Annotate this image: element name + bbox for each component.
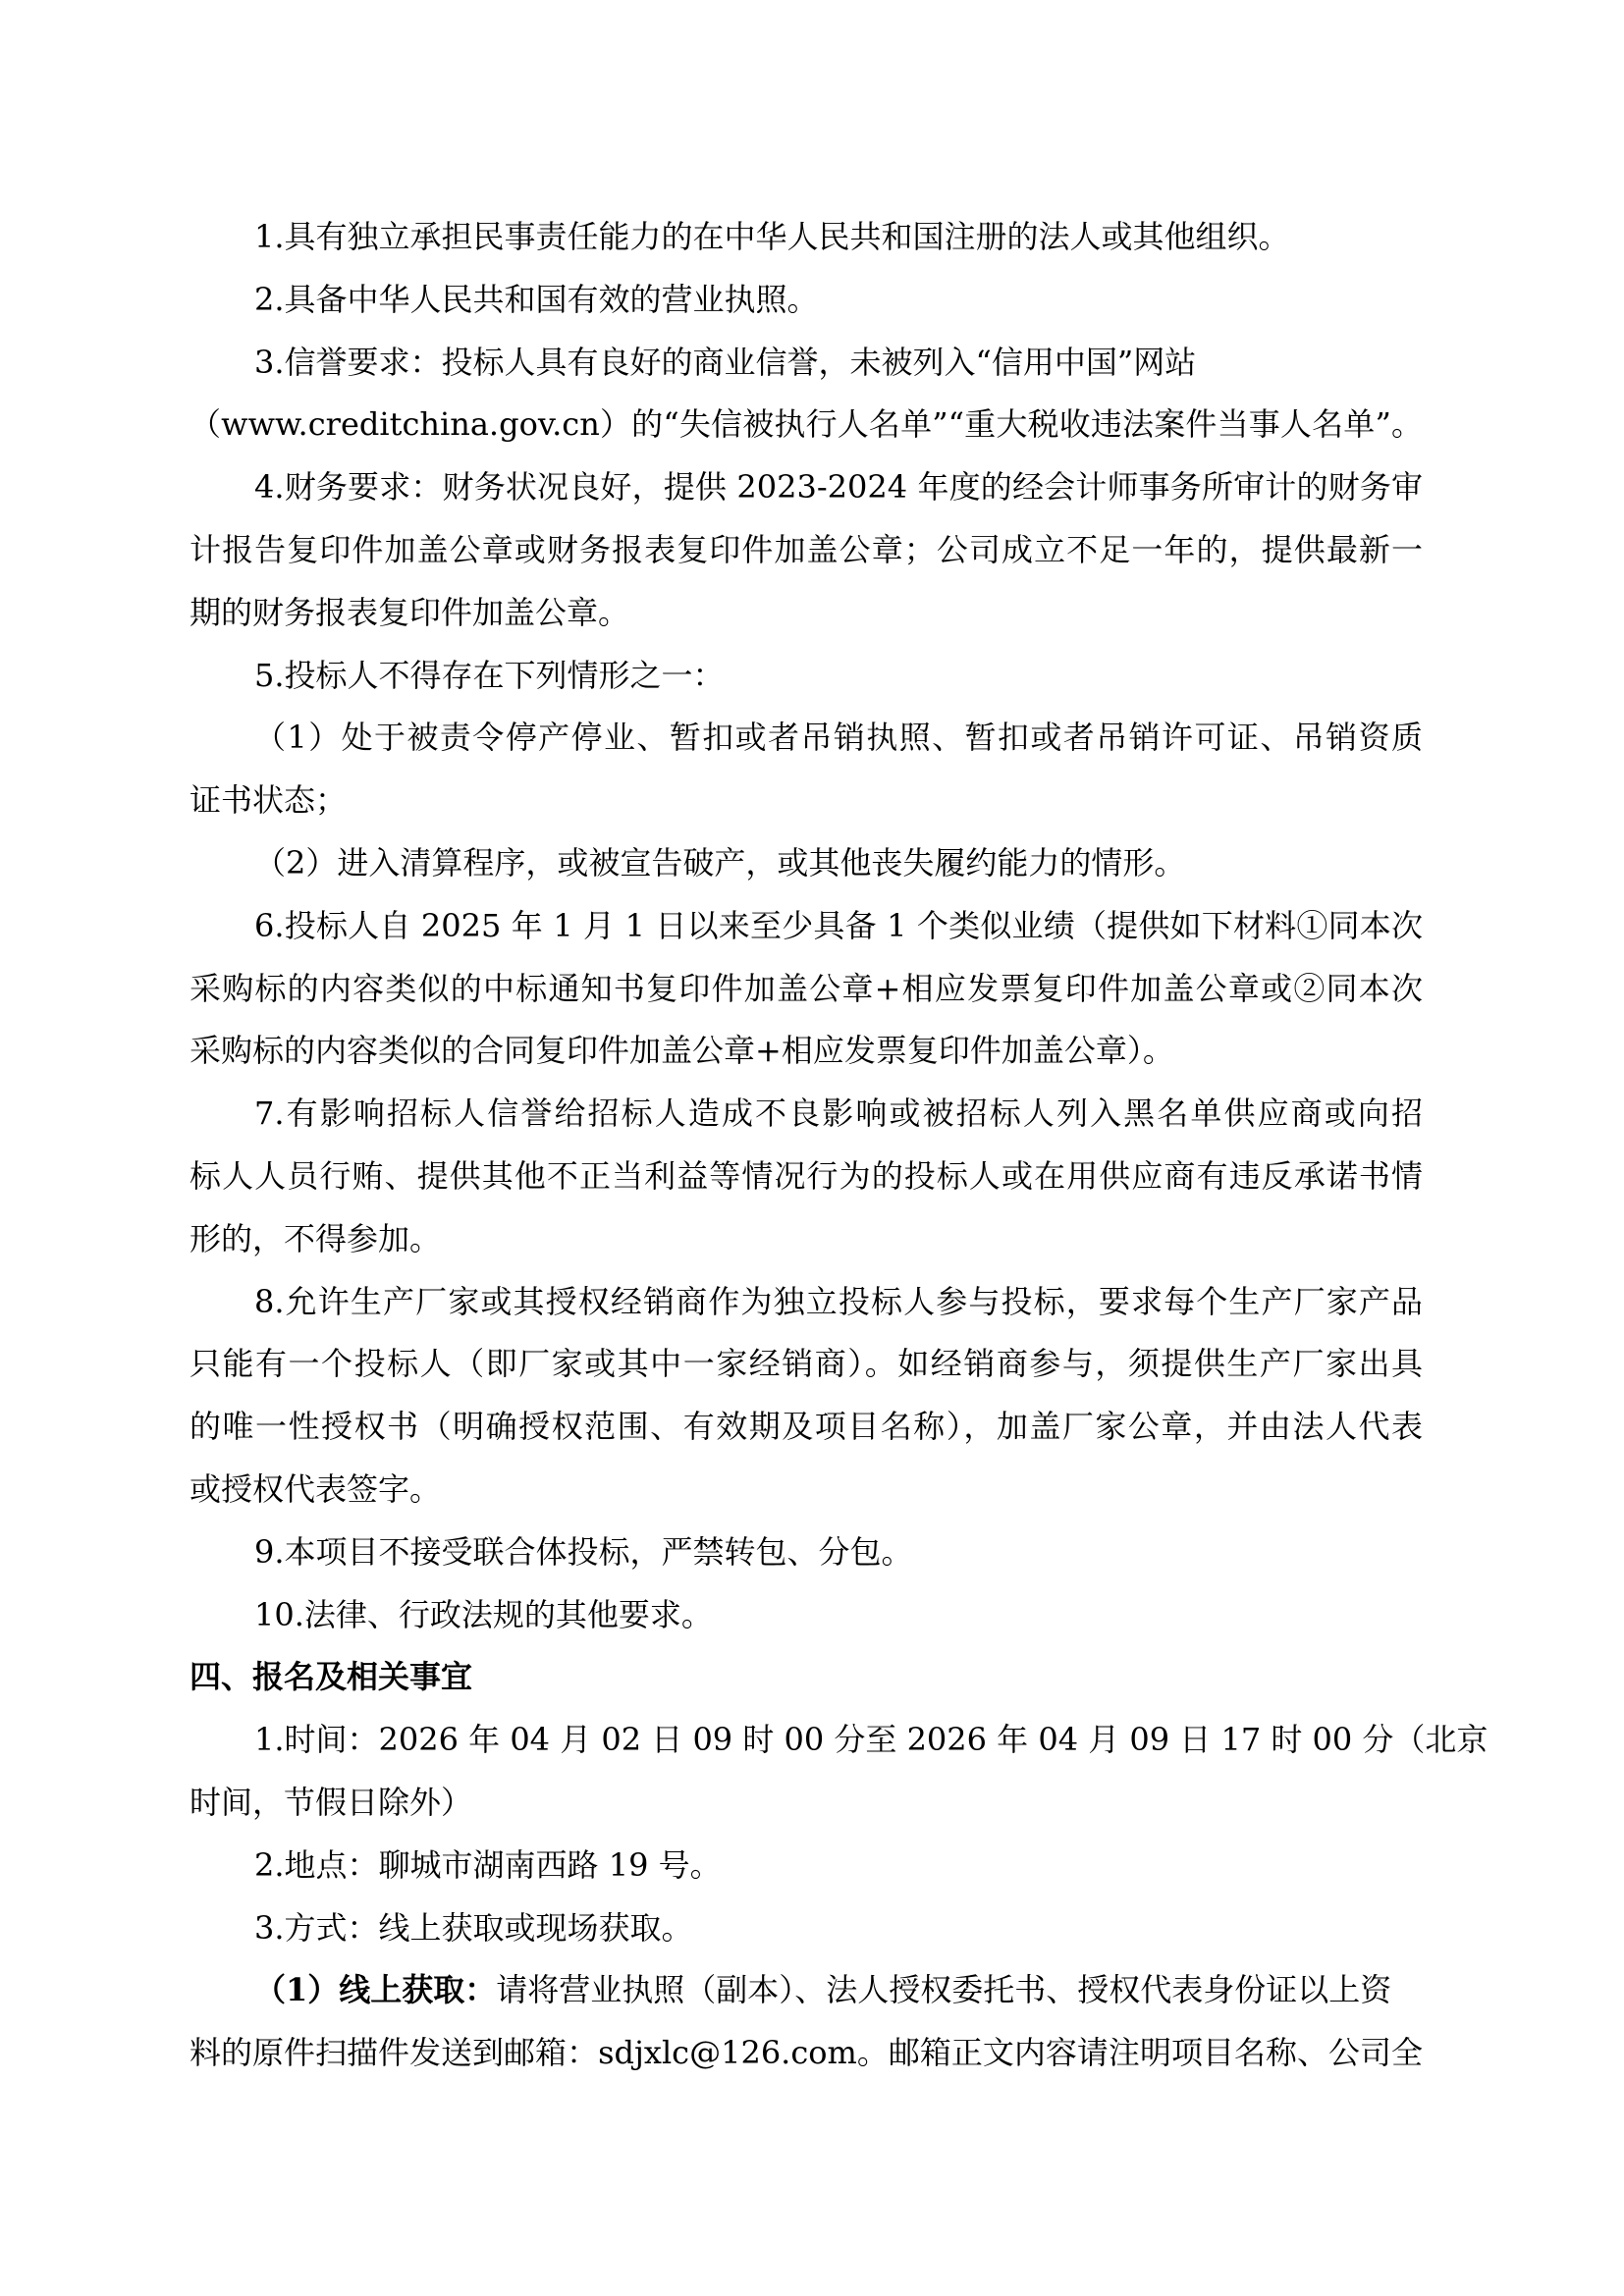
requirement-3-line-1: 3.信誉要求：投标人具有良好的商业信誉，未被列入“信用中国”网站 — [189, 332, 1423, 395]
online-instructions: 请将营业执照（副本）、法人授权委托书、授权代表身份证以上资 — [496, 1971, 1391, 2008]
requirement-1: 1.具有独立承担民事责任能力的在中华人民共和国注册的法人或其他组织。 — [189, 206, 1423, 269]
registration-online-line-1: （1）线上获取：请将营业执照（副本）、法人授权委托书、授权代表身份证以上资 — [189, 1959, 1423, 2022]
requirement-4-line-1: 4.财务要求：财务状况良好，提供 2023-2024 年度的经会计师事务所审计的… — [189, 456, 1423, 519]
requirement-4-line-2: 计报告复印件加盖公章或财务报表复印件加盖公章；公司成立不足一年的，提供最新一 — [189, 519, 1423, 582]
document-body: 1.具有独立承担民事责任能力的在中华人民共和国注册的法人或其他组织。 2.具备中… — [189, 206, 1423, 2085]
requirement-2: 2.具备中华人民共和国有效的营业执照。 — [189, 269, 1423, 332]
requirement-7-line-3: 形的，不得参加。 — [189, 1208, 1423, 1271]
requirement-8-line-4: 或授权代表签字。 — [189, 1459, 1423, 1522]
requirement-6-line-2: 采购标的内容类似的中标通知书复印件加盖公章+相应发票复印件加盖公章或②同本次 — [189, 958, 1423, 1021]
requirement-5-sub-1-line-2: 证书状态； — [189, 770, 1423, 832]
registration-time-line-2: 时间，节假日除外） — [189, 1772, 1423, 1835]
requirement-10: 10.法律、行政法规的其他要求。 — [189, 1584, 1423, 1647]
requirement-7-line-1: 7.有影响招标人信誉给招标人造成不良影响或被招标人列入黑名单供应商或向招 — [189, 1083, 1423, 1146]
requirement-5-sub-1-line-1: （1）处于被责令停产停业、暂扣或者吊销执照、暂扣或者吊销许可证、吊销资质 — [189, 707, 1423, 770]
requirement-9: 9.本项目不接受联合体投标，严禁转包、分包。 — [189, 1522, 1423, 1584]
requirement-3-line-2: （www.creditchina.gov.cn）的“失信被执行人名单”“重大税收… — [189, 394, 1423, 456]
registration-location: 2.地点：聊城市湖南西路 19 号。 — [189, 1835, 1423, 1897]
registration-time-line-1: 1.时间：2026 年 04 月 02 日 09 时 00 分至 2026 年 … — [189, 1709, 1423, 1772]
document-page: 1.具有独立承担民事责任能力的在中华人民共和国注册的法人或其他组织。 2.具备中… — [0, 0, 1624, 2296]
requirement-6-line-1: 6.投标人自 2025 年 1 月 1 日以来至少具备 1 个类似业绩（提供如下… — [189, 895, 1423, 958]
section-heading-registration: 四、报名及相关事宜 — [189, 1646, 1423, 1709]
requirement-5-sub-2: （2）进入清算程序，或被宣告破产，或其他丧失履约能力的情形。 — [189, 832, 1423, 895]
registration-online-line-2: 料的原件扫描件发送到邮箱：sdjxlc@126.com。邮箱正文内容请注明项目名… — [189, 2022, 1423, 2085]
requirement-8-line-1: 8.允许生产厂家或其授权经销商作为独立投标人参与投标，要求每个生产厂家产品 — [189, 1271, 1423, 1334]
registration-method: 3.方式：线上获取或现场获取。 — [189, 1897, 1423, 1960]
requirement-6-line-3: 采购标的内容类似的合同复印件加盖公章+相应发票复印件加盖公章）。 — [189, 1020, 1423, 1083]
online-label: （1）线上获取： — [254, 1971, 496, 2008]
requirement-4-line-3: 期的财务报表复印件加盖公章。 — [189, 582, 1423, 645]
requirement-8-line-3: 的唯一性授权书（明确授权范围、有效期及项目名称），加盖厂家公章，并由法人代表 — [189, 1396, 1423, 1459]
requirement-5-intro: 5.投标人不得存在下列情形之一： — [189, 645, 1423, 708]
requirement-7-line-2: 标人人员行贿、提供其他不正当利益等情况行为的投标人或在用供应商有违反承诺书情 — [189, 1146, 1423, 1208]
requirement-8-line-2: 只能有一个投标人（即厂家或其中一家经销商）。如经销商参与，须提供生产厂家出具 — [189, 1333, 1423, 1396]
